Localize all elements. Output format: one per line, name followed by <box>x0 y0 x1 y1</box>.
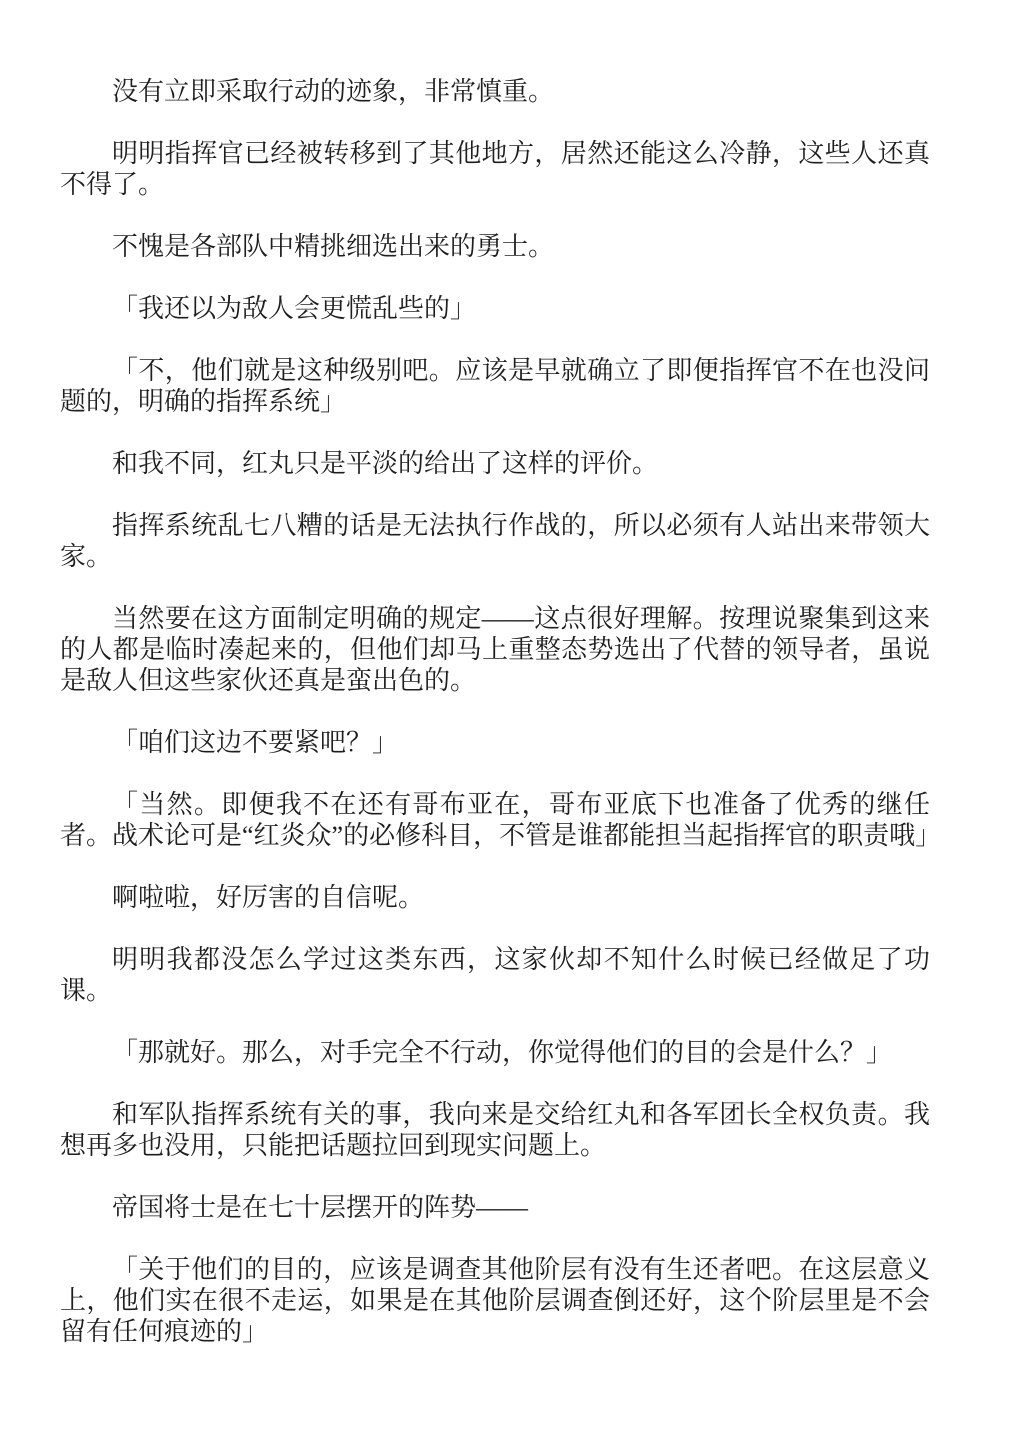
paragraph: 「不，他们就是这种级别吧。应该是早就确立了即便指挥官不在也没问题的，明确的指挥系… <box>60 355 930 417</box>
paragraph: 明明指挥官已经被转移到了其他地方，居然还能这么冷静，这些人还真不得了。 <box>60 138 930 200</box>
paragraph: 指挥系统乱七八糟的话是无法执行作战的，所以必须有人站出来带领大家。 <box>60 510 930 572</box>
paragraph: 和我不同，红丸只是平淡的给出了这样的评价。 <box>60 448 930 479</box>
paragraph: 「咱们这边不要紧吧？」 <box>60 727 930 758</box>
paragraph: 「关于他们的目的，应该是调查其他阶层有没有生还者吧。在这层意义上，他们实在很不走… <box>60 1254 930 1347</box>
paragraph: 「那就好。那么，对手完全不行动，你觉得他们的目的会是什么？」 <box>60 1037 930 1068</box>
paragraph: 明明我都没怎么学过这类东西，这家伙却不知什么时候已经做足了功课。 <box>60 944 930 1006</box>
paragraph: 啊啦啦，好厉害的自信呢。 <box>60 882 930 913</box>
paragraph: 当然要在这方面制定明确的规定——这点很好理解。按理说聚集到这来的人都是临时凑起来… <box>60 603 930 696</box>
paragraph: 「我还以为敌人会更慌乱些的」 <box>60 293 930 324</box>
paragraph: 和军队指挥系统有关的事，我向来是交给红丸和各军团长全权负责。我想再多也没用，只能… <box>60 1099 930 1161</box>
paragraph: 没有立即采取行动的迹象，非常慎重。 <box>60 76 930 107</box>
paragraph: 「当然。即便我不在还有哥布亚在，哥布亚底下也准备了优秀的继任者。战术论可是“红炎… <box>60 789 930 851</box>
paragraph: 不愧是各部队中精挑细选出来的勇士。 <box>60 231 930 262</box>
paragraph: 帝国将士是在七十层摆开的阵势—— <box>60 1192 930 1223</box>
novel-page: 没有立即采取行动的迹象，非常慎重。 明明指挥官已经被转移到了其他地方，居然还能这… <box>0 0 1017 1437</box>
